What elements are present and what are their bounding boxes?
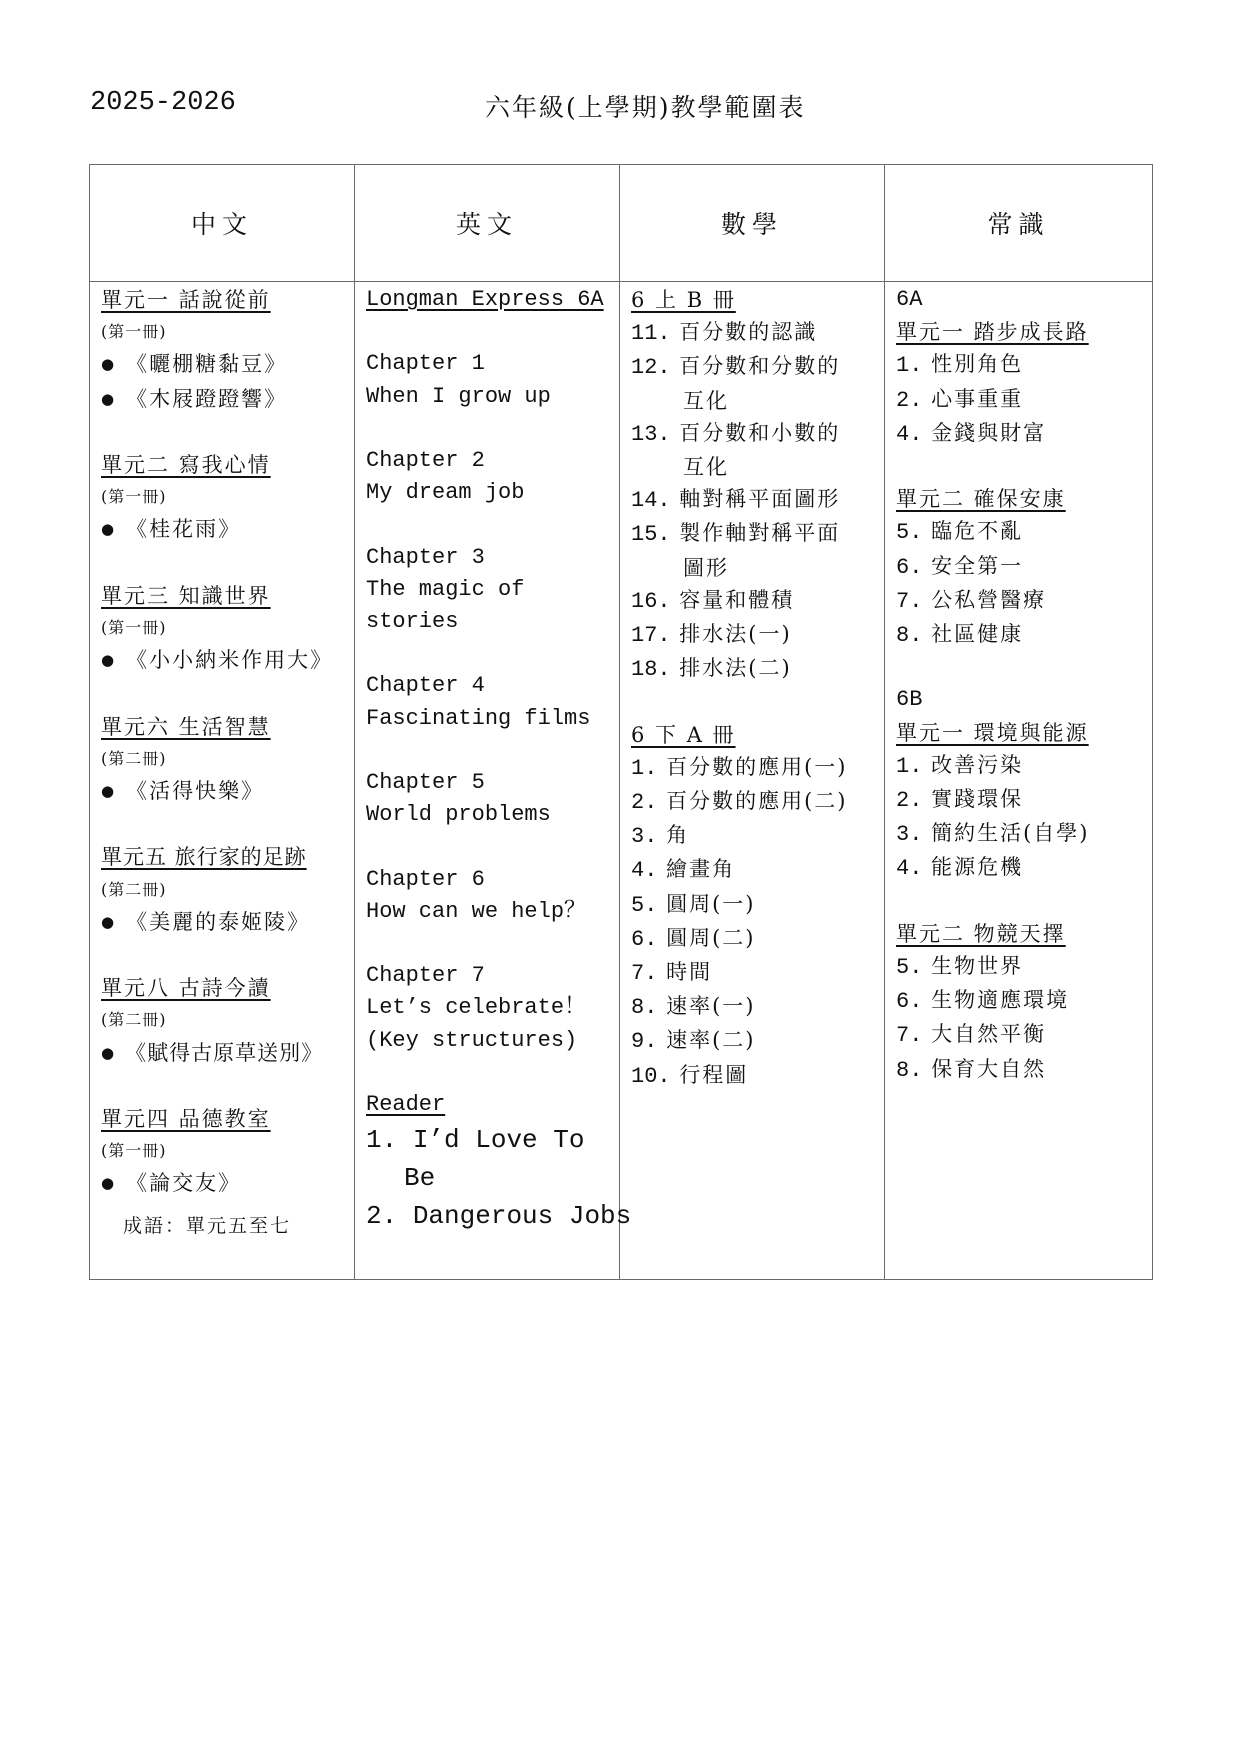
topic-item: 5. 圓周(一) <box>631 888 874 922</box>
topic-item: 14. 軸對稱平面圖形 <box>631 483 874 517</box>
textbook-title: 6A <box>896 284 1142 316</box>
text-item: 《賦得古原草送別》 <box>101 1037 344 1071</box>
topic-item: 8. 保育大自然 <box>896 1053 1142 1087</box>
math-cell: 6 上 B 冊 11. 百分數的認識 12. 百分數和分數的 互化 13. 百分… <box>620 282 885 1280</box>
unit-title: 單元四 品德教室 <box>101 1103 344 1135</box>
chapter-label: Chapter 3 <box>366 542 609 574</box>
text-item: 《活得快樂》 <box>101 775 344 809</box>
chapter-title-cont: (Key structures) <box>366 1025 609 1057</box>
book-volume: (第二冊) <box>101 743 344 775</box>
topic-item: 6. 圓周(二) <box>631 922 874 956</box>
text-item: 《桂花雨》 <box>101 513 344 547</box>
teaching-range-table: 中文 英文 數學 常識 單元一 話說從前 (第一冊) 《曬棚糖黏豆》 《木屐蹬蹬… <box>89 164 1153 1280</box>
chinese-cell: 單元一 話說從前 (第一冊) 《曬棚糖黏豆》 《木屐蹬蹬響》 單元二 寫我心情 … <box>90 282 355 1280</box>
topic-item: 17. 排水法(一) <box>631 618 874 652</box>
text-item: 《曬棚糖黏豆》 <box>101 348 344 382</box>
unit-title: 單元五 旅行家的足跡 <box>101 841 344 873</box>
unit-title: 單元一 踏步成長路 <box>896 316 1142 348</box>
text-item: 《論交友》 <box>101 1167 344 1201</box>
column-header-chinese: 中文 <box>90 165 355 282</box>
book-volume: (第二冊) <box>101 1004 344 1036</box>
book-volume: (第一冊) <box>101 612 344 644</box>
textbook-title: 6 下 A 冊 <box>631 719 874 751</box>
topic-item: 1. 改善污染 <box>896 749 1142 783</box>
english-cell: Longman Express 6A Chapter 1 When I grow… <box>355 282 620 1280</box>
topic-item: 3. 簡約生活(自學) <box>896 817 1142 851</box>
topic-item: 4. 金錢與財富 <box>896 417 1142 451</box>
page-header: 2025-2026 六年級(上學期)教學範圍表 <box>90 88 1150 128</box>
topic-item: 11. 百分數的認識 <box>631 316 874 350</box>
topic-item: 15. 製作軸對稱平面 <box>631 517 874 551</box>
column-header-general-studies: 常識 <box>885 165 1153 282</box>
chapter-label: Chapter 4 <box>366 670 609 702</box>
topic-item: 2. 實踐環保 <box>896 783 1142 817</box>
unit-title: 單元六 生活智慧 <box>101 711 344 743</box>
unit-title: 單元二 寫我心情 <box>101 449 344 481</box>
chapter-title: The magic of <box>366 574 609 606</box>
chapter-label: Chapter 6 <box>366 864 609 896</box>
topic-item: 18. 排水法(二) <box>631 652 874 686</box>
topic-item: 4. 能源危機 <box>896 851 1142 885</box>
book-volume: (第一冊) <box>101 316 344 348</box>
unit-title: 單元一 環境與能源 <box>896 717 1142 749</box>
topic-item: 2. 百分數的應用(二) <box>631 785 874 819</box>
topic-item: 16. 容量和體積 <box>631 584 874 618</box>
topic-item-cont: 圖形 <box>631 552 874 584</box>
topic-item: 6. 生物適應環境 <box>896 984 1142 1018</box>
chapter-label: Chapter 5 <box>366 767 609 799</box>
text-item: 《小小納米作用大》 <box>101 644 344 678</box>
topic-item: 8. 速率(一) <box>631 990 874 1024</box>
reader-item-cont: Be <box>366 1159 609 1197</box>
chapter-label: Chapter 2 <box>366 445 609 477</box>
topic-item: 3. 角 <box>631 819 874 853</box>
text-item: 《木屐蹬蹬響》 <box>101 383 344 417</box>
unit-title: 單元一 話說從前 <box>101 284 344 316</box>
topic-item: 8. 社區健康 <box>896 618 1142 652</box>
textbook-title: 6 上 B 冊 <box>631 284 874 316</box>
topic-item: 12. 百分數和分數的 <box>631 350 874 384</box>
topic-item-cont: 互化 <box>631 385 874 417</box>
book-volume: (第一冊) <box>101 481 344 513</box>
textbook-title: 6B <box>896 684 1142 716</box>
topic-item: 7. 時間 <box>631 956 874 990</box>
table-header-row: 中文 英文 數學 常識 <box>90 165 1153 282</box>
general-studies-cell: 6A 單元一 踏步成長路 1. 性別角色 2. 心事重重 4. 金錢與財富 單元… <box>885 282 1153 1280</box>
topic-item: 7. 公私營醫療 <box>896 584 1142 618</box>
reader-item: 1. I’d Love To <box>366 1121 609 1159</box>
topic-item-cont: 互化 <box>631 451 874 483</box>
topic-item: 1. 性別角色 <box>896 348 1142 382</box>
book-volume: (第一冊) <box>101 1135 344 1167</box>
column-header-english: 英文 <box>355 165 620 282</box>
topic-item: 1. 百分數的應用(一) <box>631 751 874 785</box>
idioms-note: 成語：單元五至七 <box>101 1210 344 1242</box>
book-volume: (第二冊) <box>101 874 344 906</box>
page-title: 六年級(上學期)教學範圍表 <box>485 88 806 124</box>
text-item: 《美麗的泰姬陵》 <box>101 906 344 940</box>
topic-item: 4. 繪畫角 <box>631 853 874 887</box>
topic-item: 13. 百分數和小數的 <box>631 417 874 451</box>
school-year: 2025-2026 <box>90 88 236 118</box>
chapter-title: My dream job <box>366 477 609 509</box>
column-header-math: 數學 <box>620 165 885 282</box>
unit-title: 單元二 物競天擇 <box>896 918 1142 950</box>
textbook-title: Longman Express 6A <box>366 284 609 316</box>
unit-title: 單元八 古詩今讀 <box>101 972 344 1004</box>
topic-item: 7. 大自然平衡 <box>896 1018 1142 1052</box>
reader-heading: Reader <box>366 1089 609 1121</box>
chapter-title: Fascinating films <box>366 703 609 735</box>
topic-item: 2. 心事重重 <box>896 383 1142 417</box>
chapter-title: Let’s celebrate！ <box>366 992 609 1024</box>
topic-item: 9. 速率(二) <box>631 1024 874 1058</box>
chapter-label: Chapter 7 <box>366 960 609 992</box>
topic-item: 5. 臨危不亂 <box>896 515 1142 549</box>
unit-title: 單元二 確保安康 <box>896 483 1142 515</box>
chapter-title-cont: stories <box>366 606 609 638</box>
table-row: 單元一 話說從前 (第一冊) 《曬棚糖黏豆》 《木屐蹬蹬響》 單元二 寫我心情 … <box>90 282 1153 1280</box>
topic-item: 5. 生物世界 <box>896 950 1142 984</box>
chapter-label: Chapter 1 <box>366 348 609 380</box>
unit-title: 單元三 知識世界 <box>101 580 344 612</box>
topic-item: 10. 行程圖 <box>631 1059 874 1093</box>
reader-item: 2. Dangerous Jobs <box>366 1197 609 1235</box>
topic-item: 6. 安全第一 <box>896 550 1142 584</box>
chapter-title: How can we help？ <box>366 896 609 928</box>
chapter-title: When I grow up <box>366 381 609 413</box>
chapter-title: World problems <box>366 799 609 831</box>
